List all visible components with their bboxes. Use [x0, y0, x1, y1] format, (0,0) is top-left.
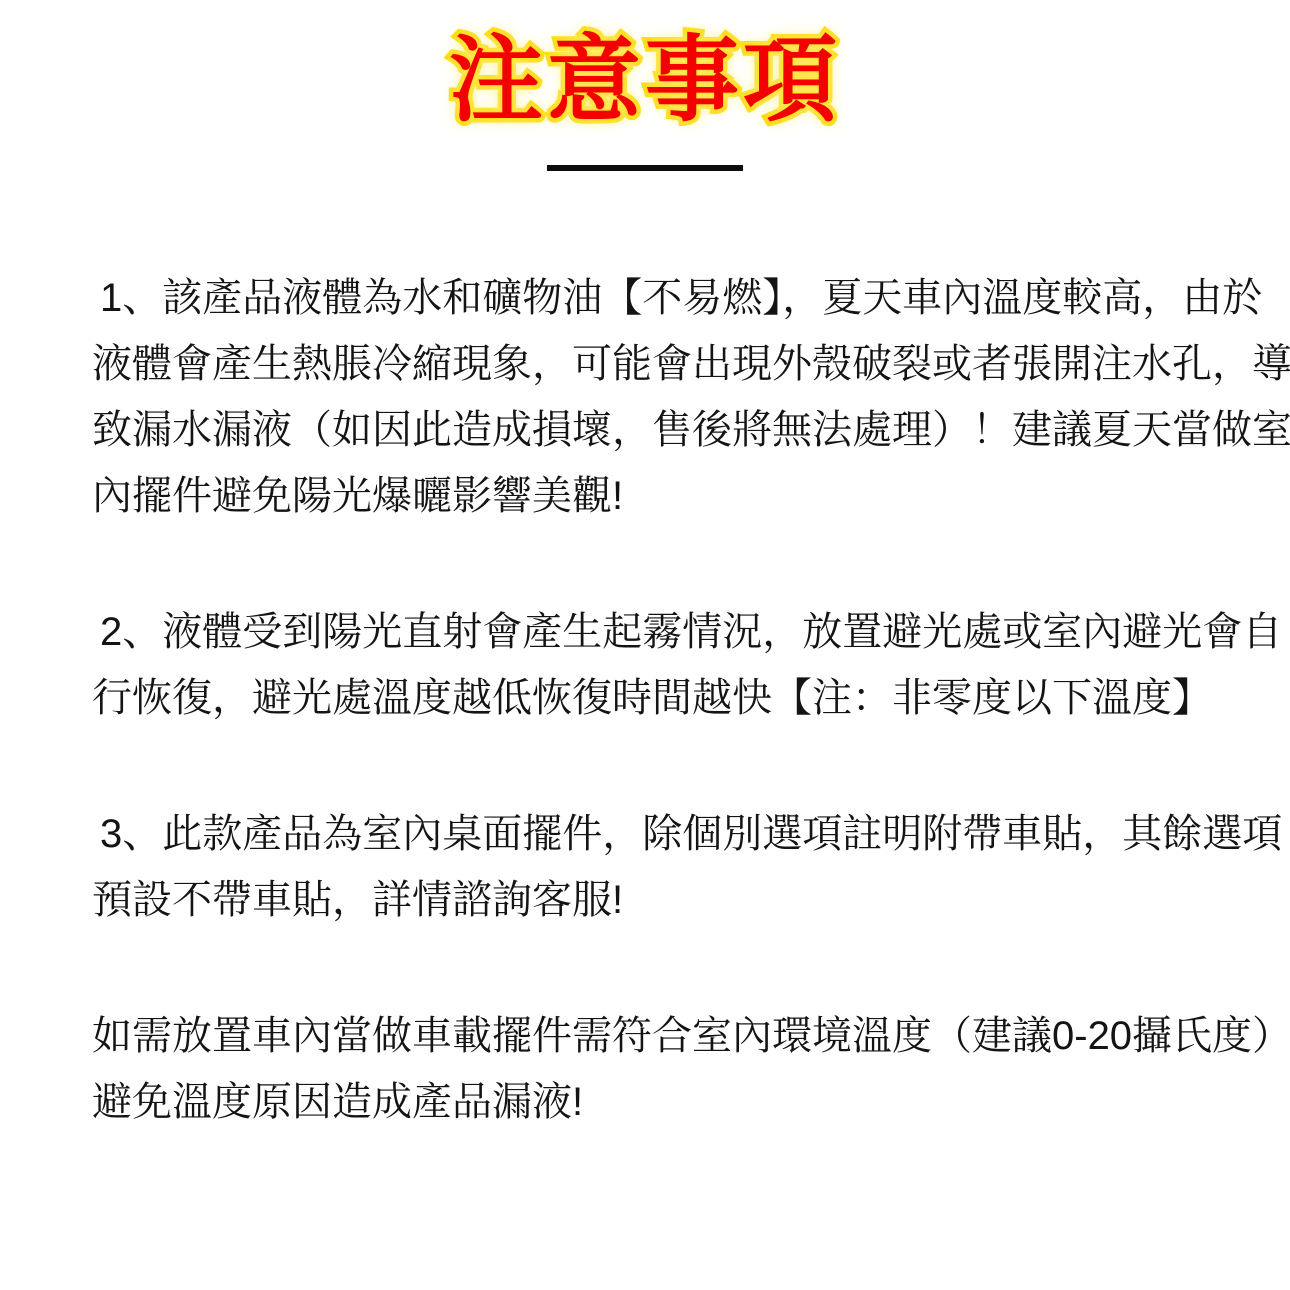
- notice-paragraph-2: 2、液體受到陽光直射會產生起霧情況，放置避光處或室內避光會自 行恢復，避光處溫度…: [92, 599, 1212, 731]
- page-title: 注意事項: [449, 28, 841, 131]
- title-section: 注意事項: [0, 0, 1290, 131]
- notice-line: 致漏水漏液（如因此造成損壞，售後將無法處理）！建議夏天當做室: [92, 397, 1212, 463]
- notice-paragraph-4: 如需放置車內當做車載擺件需符合室內環境溫度（建議0-20攝氏度） 避免溫度原因造…: [92, 1003, 1212, 1135]
- notice-paragraph-1: 1、該產品液體為水和礦物油【不易燃】，夏天車內溫度較高，由於 液體會產生熱脹冷縮…: [92, 265, 1212, 529]
- notice-line: 2、液體受到陽光直射會產生起霧情況，放置避光處或室內避光會自: [92, 599, 1212, 665]
- notice-line: 預設不帶車貼，詳情諮詢客服!: [92, 867, 1212, 933]
- notice-content: 1、該產品液體為水和礦物油【不易燃】，夏天車內溫度較高，由於 液體會產生熱脹冷縮…: [0, 171, 1290, 1135]
- notice-line: 如需放置車內當做車載擺件需符合室內環境溫度（建議0-20攝氏度）: [92, 1003, 1212, 1069]
- notice-line: 內擺件避免陽光爆曬影響美觀!: [92, 463, 1212, 529]
- notice-line: 避免溫度原因造成產品漏液!: [92, 1069, 1212, 1135]
- notice-line: 液體會產生熱脹冷縮現象，可能會出現外殼破裂或者張開注水孔，導: [92, 331, 1212, 397]
- notice-line: 行恢復，避光處溫度越低恢復時間越快【注：非零度以下溫度】: [92, 665, 1212, 731]
- notice-line: 3、此款產品為室內桌面擺件，除個別選項註明附帶車貼，其餘選項: [92, 801, 1212, 867]
- notice-line: 1、該產品液體為水和礦物油【不易燃】，夏天車內溫度較高，由於: [92, 265, 1212, 331]
- notice-page: 注意事項 1、該產品液體為水和礦物油【不易燃】，夏天車內溫度較高，由於 液體會產…: [0, 0, 1290, 1135]
- notice-paragraph-3: 3、此款產品為室內桌面擺件，除個別選項註明附帶車貼，其餘選項 預設不帶車貼，詳情…: [92, 801, 1212, 933]
